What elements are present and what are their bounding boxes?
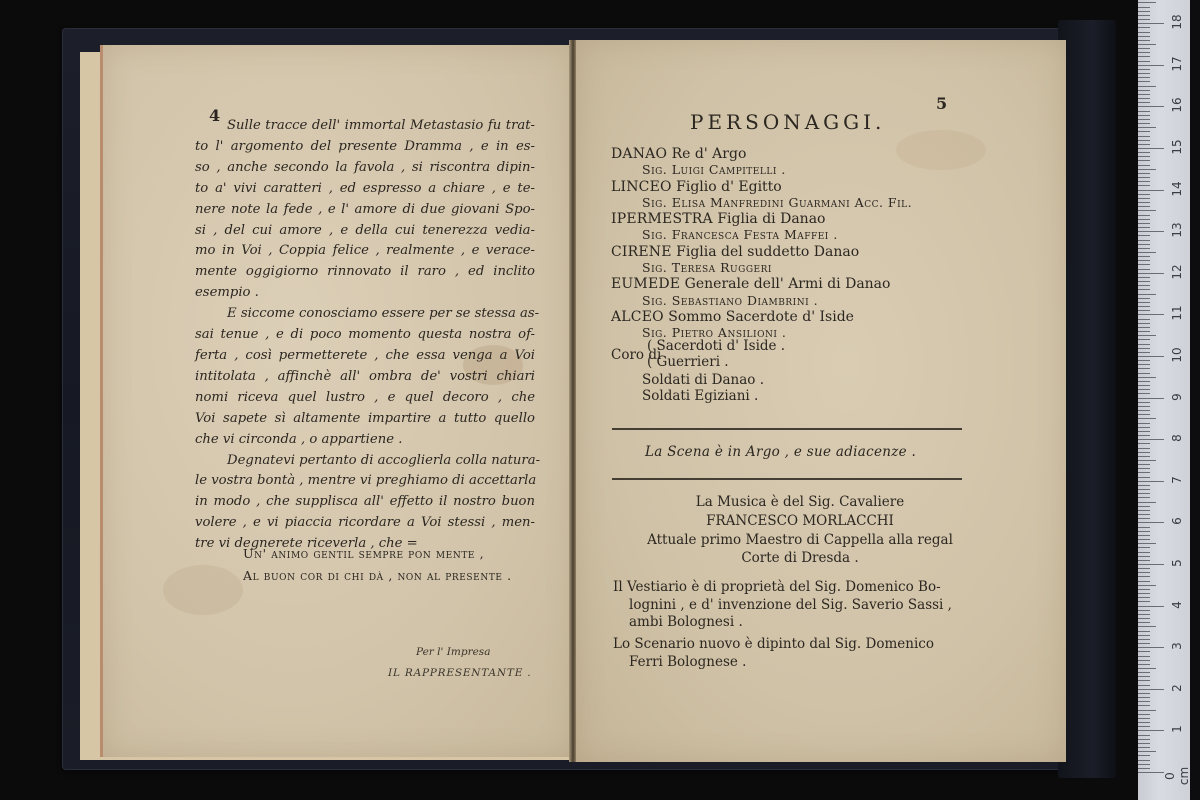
ruler-number: 1 (1170, 718, 1184, 740)
ruler-tick (1138, 385, 1150, 386)
role-name: EUMEDE (611, 276, 680, 292)
ruler-tick (1138, 185, 1150, 186)
credit-line: Ferri Bolognese . (613, 654, 973, 672)
ruler-tick (1138, 32, 1150, 33)
ruler-tick (1138, 680, 1150, 681)
ruler-tick (1138, 730, 1164, 731)
cast-entry: DANAO Re d' Argo Sig. Luigi Campitelli . (611, 146, 912, 179)
ruler-tick (1138, 502, 1156, 503)
ruler-tick (1138, 710, 1156, 711)
ruler-tick (1138, 418, 1156, 419)
text-line: esempio . (195, 283, 535, 304)
signature-line-1: Per l' Impresa (416, 646, 490, 658)
credit-line: Lo Scenario nuovo è dipinto dal Sig. Dom… (613, 636, 973, 654)
ruler-tick (1138, 94, 1150, 95)
ruler-tick (1138, 223, 1150, 224)
ruler-tick (1138, 160, 1150, 161)
ruler-number: 14 (1170, 178, 1184, 200)
ruler-tick (1138, 152, 1150, 153)
ruler-tick (1138, 485, 1150, 486)
ruler-tick (1138, 701, 1150, 702)
ruler-tick (1138, 111, 1150, 112)
ruler-tick (1138, 190, 1164, 191)
ruler-tick (1138, 306, 1150, 307)
ruler-tick (1138, 456, 1150, 457)
text-line: Voi sapete sì altamente impartire a tutt… (195, 409, 535, 430)
ruler-tick (1138, 755, 1150, 756)
ruler-tick (1138, 726, 1150, 727)
ruler-tick (1138, 165, 1150, 166)
ruler-tick (1138, 472, 1150, 473)
ruler-number: 5 (1170, 552, 1184, 574)
ruler-tick (1138, 7, 1150, 8)
ruler-edge (1190, 0, 1200, 800)
ruler-tick (1138, 564, 1164, 565)
ruler-tick (1138, 281, 1150, 282)
ruler-tick (1138, 772, 1164, 773)
ruler-tick (1138, 194, 1150, 195)
ruler-tick (1138, 19, 1150, 20)
text-line: sai tenue , e di poco momento questa nos… (195, 325, 535, 346)
ruler-tick (1138, 219, 1150, 220)
ruler-tick (1138, 547, 1150, 548)
ruler-tick (1138, 693, 1150, 694)
ruler-tick (1138, 11, 1150, 12)
ruler-tick (1138, 256, 1150, 257)
ruler-tick (1138, 198, 1150, 199)
ruler-tick (1138, 44, 1156, 45)
ruler-tick (1138, 210, 1156, 211)
ruler-tick (1138, 381, 1150, 382)
ruler-tick (1138, 231, 1164, 232)
cast-entry: CIRENE Figlia del suddetto Danao Sig. Te… (611, 244, 912, 277)
ruler-tick (1138, 202, 1150, 203)
ruler-tick (1138, 593, 1150, 594)
motto-line-1: Un' animo gentil sempre pon mente , (243, 546, 484, 561)
ruler-tick (1138, 73, 1150, 74)
ruler-tick (1138, 86, 1156, 87)
ruler-tick (1138, 56, 1150, 57)
ruler-tick (1138, 539, 1150, 540)
text-line: volere , e vi piaccia ricordare a Voi st… (195, 513, 535, 534)
binding-cover-edge (1058, 20, 1116, 778)
role-description: Generale dell' Armi di Danao (685, 276, 891, 292)
ruler-tick (1138, 435, 1150, 436)
singer-name: Sig. Teresa Ruggeri (611, 260, 912, 276)
singer-name: Sig. Sebastiano Diambrini . (611, 293, 912, 309)
text-line: E siccome conosciamo essere per se stess… (195, 304, 535, 325)
text-line: ferta , così permetterete , che essa ven… (195, 346, 535, 367)
ruler-number: 2 (1170, 677, 1184, 699)
ruler-tick (1138, 622, 1150, 623)
ruler-tick (1138, 206, 1150, 207)
ruler-tick (1138, 377, 1156, 378)
costume-credit: Il Vestiario è di proprietà del Sig. Dom… (613, 579, 973, 632)
ruler-tick (1138, 77, 1150, 78)
ruler-tick (1138, 269, 1150, 270)
ruler-tick (1138, 506, 1150, 507)
ruler-tick (1138, 568, 1150, 569)
ruler-number: 16 (1170, 94, 1184, 116)
ruler-tick (1138, 131, 1150, 132)
role-name: CIRENE (611, 244, 672, 260)
ruler-tick (1138, 760, 1150, 761)
text-line: intitolata , affinchè all' ombra de' vos… (195, 367, 535, 388)
singer-name: Sig. Francesca Festa Maffei . (611, 227, 912, 243)
ruler-tick (1138, 668, 1156, 669)
ruler-tick (1138, 631, 1150, 632)
ruler-tick (1138, 468, 1150, 469)
ruler-tick (1138, 647, 1164, 648)
ruler-tick (1138, 735, 1150, 736)
ruler-tick (1138, 664, 1150, 665)
ruler-tick (1138, 431, 1150, 432)
ruler-tick (1138, 285, 1150, 286)
text-line: le vostra bontà , mentre vi preghiamo di… (195, 471, 535, 492)
ruler-tick (1138, 639, 1150, 640)
ruler-tick (1138, 610, 1150, 611)
extras-line: Soldati di Danao . (642, 372, 764, 388)
ruler-number: 9 (1170, 386, 1184, 408)
ruler-tick (1138, 705, 1150, 706)
ruler-tick (1138, 331, 1150, 332)
ruler-tick (1138, 481, 1164, 482)
text-line: in modo , che supplisca all' effetto il … (195, 492, 535, 513)
text-line: to l' argomento del presente Dramma , e … (195, 137, 535, 158)
ruler-tick (1138, 339, 1150, 340)
cast-list: DANAO Re d' Argo Sig. Luigi Campitelli .… (611, 146, 912, 342)
ruler-tick (1138, 660, 1150, 661)
chorus-group: ( Sacerdoti d' Iside . (647, 338, 785, 354)
ruler-tick (1138, 298, 1150, 299)
ruler-number: 13 (1170, 219, 1184, 241)
ruler-tick (1138, 585, 1156, 586)
credit-line: ambi Bolognesi . (613, 614, 973, 632)
role-name: ALCEO (611, 309, 664, 325)
ruler-tick (1138, 535, 1150, 536)
ruler-tick (1138, 81, 1150, 82)
ruler-tick (1138, 289, 1150, 290)
cast-list-title: PERSONAGGI. (690, 110, 885, 134)
role-description: Figlia di Danao (717, 211, 825, 227)
divider-rule (612, 478, 962, 480)
ruler-tick (1138, 260, 1150, 261)
composer-name: FRANCESCO MORLACCHI (612, 512, 988, 531)
ruler-tick (1138, 156, 1150, 157)
ruler-tick (1138, 177, 1150, 178)
ruler-tick (1138, 310, 1150, 311)
credit-line: Il Vestiario è di proprietà del Sig. Dom… (613, 579, 973, 597)
measuring-ruler: 0 cm 123456789101112131415161718 (1138, 0, 1190, 800)
ruler-tick (1138, 576, 1150, 577)
ruler-tick (1138, 489, 1150, 490)
paragraph-1: Sulle tracce dell' immortal Metastasio f… (195, 116, 535, 137)
text-line: mo in Voi , Coppia felice , realmente , … (195, 241, 535, 262)
ruler-tick (1138, 115, 1150, 116)
ruler-tick (1138, 743, 1150, 744)
ruler-tick (1138, 215, 1150, 216)
ruler-unit-label: 0 cm (1163, 765, 1191, 787)
ruler-tick (1138, 764, 1150, 765)
text-line: to a' vivi caratteri , ed espresso a chi… (195, 179, 535, 200)
signature-line-2: IL RAPPRESENTANTE . (388, 667, 531, 679)
role-description: Sommo Sacerdote d' Iside (668, 309, 854, 325)
music-credit: La Musica è del Sig. Cavaliere FRANCESCO… (612, 493, 988, 568)
text-line: che vi circonda , o appartiene . (195, 430, 535, 451)
ruler-tick (1138, 531, 1150, 532)
ruler-tick (1138, 414, 1150, 415)
extras-line: Soldati Egiziani . (642, 388, 758, 404)
ruler-tick (1138, 273, 1164, 274)
ruler-tick (1138, 181, 1150, 182)
ruler-tick (1138, 718, 1150, 719)
cast-entry: IPERMESTRA Figlia di Danao Sig. Francesc… (611, 211, 912, 244)
role-name: DANAO (611, 146, 667, 162)
text-line: Degnatevi pertanto di accoglierla colla … (195, 451, 535, 472)
text-line: si , del cui amore , e della cui tenerez… (195, 221, 535, 242)
ruler-tick (1138, 697, 1150, 698)
role-description: Figlia del suddetto Danao (676, 244, 859, 260)
ruler-number: 15 (1170, 136, 1184, 158)
text-line: nomi riceva quel lustro , e quel decoro … (195, 388, 535, 409)
ruler-tick (1138, 52, 1150, 53)
ruler-tick (1138, 522, 1164, 523)
ruler-tick (1138, 651, 1150, 652)
ruler-tick (1138, 15, 1150, 16)
ruler-tick (1138, 410, 1150, 411)
ruler-tick (1138, 572, 1150, 573)
ruler-tick (1138, 123, 1150, 124)
ruler-tick (1138, 747, 1150, 748)
ruler-tick (1138, 556, 1150, 557)
ruler-tick (1138, 452, 1150, 453)
ruler-tick (1138, 493, 1150, 494)
ruler-tick (1138, 240, 1150, 241)
ruler-tick (1138, 148, 1164, 149)
ruler-tick (1138, 552, 1150, 553)
ruler-tick (1138, 606, 1164, 607)
ruler-number: 3 (1170, 635, 1184, 657)
ruler-tick (1138, 768, 1150, 769)
ruler-tick (1138, 352, 1150, 353)
ruler-tick (1138, 672, 1150, 673)
chorus-group: ( Guerrieri . (647, 354, 785, 370)
ruler-tick (1138, 90, 1150, 91)
text-line: nere note la fede , e l' amore di due gi… (195, 200, 535, 221)
ruler-tick (1138, 685, 1150, 686)
ruler-tick (1138, 98, 1150, 99)
ruler-tick (1138, 739, 1150, 740)
ruler-tick (1138, 173, 1150, 174)
ruler-tick (1138, 102, 1150, 103)
ruler-tick (1138, 618, 1150, 619)
divider-rule (612, 428, 962, 430)
ruler-number: 11 (1170, 302, 1184, 324)
ruler-tick (1138, 477, 1150, 478)
ruler-tick (1138, 144, 1150, 145)
motto-line-2: Al buon cor di chi dà , non al presente … (243, 568, 512, 583)
text-line: mente oggigiorno rinnovato il raro , ed … (195, 262, 535, 283)
cast-entry: LINCEO Figlio d' Egitto Sig. Elisa Manfr… (611, 179, 912, 212)
singer-name: Sig. Luigi Campitelli . (611, 162, 912, 178)
ruler-number: 17 (1170, 53, 1184, 75)
ruler-tick (1138, 597, 1150, 598)
ruler-tick (1138, 36, 1150, 37)
ruler-tick (1138, 344, 1150, 345)
page-number-right: 5 (936, 94, 947, 113)
ruler-tick (1138, 560, 1150, 561)
ruler-tick (1138, 527, 1150, 528)
ruler-tick (1138, 510, 1150, 511)
ruler-tick (1138, 601, 1150, 602)
ruler-tick (1138, 252, 1156, 253)
ruler-number: 18 (1170, 11, 1184, 33)
role-description: Figlio d' Egitto (676, 179, 782, 195)
ruler-tick (1138, 393, 1150, 394)
ruler-number: 12 (1170, 261, 1184, 283)
singer-name: Sig. Elisa Manfredini Guarmani Acc. Fil. (611, 195, 912, 211)
ruler-tick (1138, 119, 1150, 120)
credit-line: lognini , e d' invenzione del Sig. Saver… (613, 597, 973, 615)
ruler-tick (1138, 327, 1150, 328)
ruler-tick (1138, 235, 1150, 236)
ruler-tick (1138, 169, 1156, 170)
ruler-tick (1138, 656, 1150, 657)
ruler-tick (1138, 356, 1164, 357)
ruler-tick (1138, 368, 1150, 369)
ruler-tick (1138, 23, 1164, 24)
ruler-number: 10 (1170, 344, 1184, 366)
text-line: so , anche secondo la favola , si riscon… (195, 158, 535, 179)
ruler-tick (1138, 448, 1150, 449)
ruler-tick (1138, 227, 1150, 228)
ruler-tick (1138, 294, 1156, 295)
ruler-tick (1138, 2, 1156, 3)
ruler-tick (1138, 626, 1156, 627)
scene-setting: La Scena è in Argo , e sue adiacenze . (645, 444, 916, 460)
ruler-tick (1138, 427, 1150, 428)
ruler-tick (1138, 643, 1150, 644)
cast-entry: EUMEDE Generale dell' Armi di Danao Sig.… (611, 276, 912, 309)
ruler-tick (1138, 402, 1150, 403)
ruler-tick (1138, 543, 1156, 544)
text-line: Sulle tracce dell' immortal Metastasio f… (195, 116, 535, 137)
ruler-tick (1138, 460, 1156, 461)
ruler-number: 6 (1170, 510, 1184, 532)
ruler-tick (1138, 497, 1150, 498)
ruler-tick (1138, 61, 1150, 62)
ruler-tick (1138, 689, 1164, 690)
ruler-number: 4 (1170, 594, 1184, 616)
ruler-tick (1138, 373, 1150, 374)
ruler-tick (1138, 348, 1150, 349)
ruler-tick (1138, 136, 1150, 137)
ruler-tick (1138, 65, 1164, 66)
ruler-number: 7 (1170, 469, 1184, 491)
ruler-tick (1138, 248, 1150, 249)
ruler-tick (1138, 69, 1150, 70)
ruler-tick (1138, 360, 1150, 361)
ruler-tick (1138, 443, 1150, 444)
ruler-tick (1138, 335, 1156, 336)
ruler-tick (1138, 389, 1150, 390)
credit-line: Attuale primo Maestro di Cappella alla r… (612, 531, 988, 550)
ruler-tick (1138, 244, 1150, 245)
role-name: IPERMESTRA (611, 211, 713, 227)
ruler-tick (1138, 314, 1164, 315)
ruler-tick (1138, 277, 1150, 278)
credit-line: Corte di Dresda . (612, 549, 988, 568)
role-name: LINCEO (611, 179, 672, 195)
ruler-tick (1138, 27, 1150, 28)
ruler-tick (1138, 439, 1164, 440)
ruler-tick (1138, 635, 1150, 636)
ruler-tick (1138, 676, 1150, 677)
ruler-tick (1138, 518, 1150, 519)
ruler-tick (1138, 40, 1150, 41)
dedication-text: Sulle tracce dell' immortal Metastasio f… (195, 116, 535, 555)
ruler-tick (1138, 722, 1150, 723)
ruler-tick (1138, 364, 1150, 365)
ruler-tick (1138, 319, 1150, 320)
ruler-tick (1138, 589, 1150, 590)
ruler-tick (1138, 751, 1156, 752)
ruler-tick (1138, 423, 1150, 424)
ruler-tick (1138, 140, 1150, 141)
ruler-tick (1138, 48, 1150, 49)
role-description: Re d' Argo (672, 146, 747, 162)
ruler-number: 8 (1170, 427, 1184, 449)
book-scan: 4 Sulle tracce dell' immortal Metastasio… (0, 0, 1200, 800)
ruler-tick (1138, 514, 1150, 515)
ruler-tick (1138, 323, 1150, 324)
ruler-tick (1138, 406, 1150, 407)
cast-entry: ALCEO Sommo Sacerdote d' Iside Sig. Piet… (611, 309, 912, 342)
ruler-tick (1138, 398, 1164, 399)
ruler-tick (1138, 614, 1150, 615)
ruler-tick (1138, 302, 1150, 303)
ruler-tick (1138, 581, 1150, 582)
ruler-tick (1138, 127, 1156, 128)
ruler-tick (1138, 106, 1164, 107)
ruler-tick (1138, 714, 1150, 715)
credit-line: La Musica è del Sig. Cavaliere (612, 493, 988, 512)
ruler-tick (1138, 264, 1150, 265)
ruler-tick (1138, 464, 1150, 465)
scenery-credit: Lo Scenario nuovo è dipinto dal Sig. Dom… (613, 636, 973, 671)
